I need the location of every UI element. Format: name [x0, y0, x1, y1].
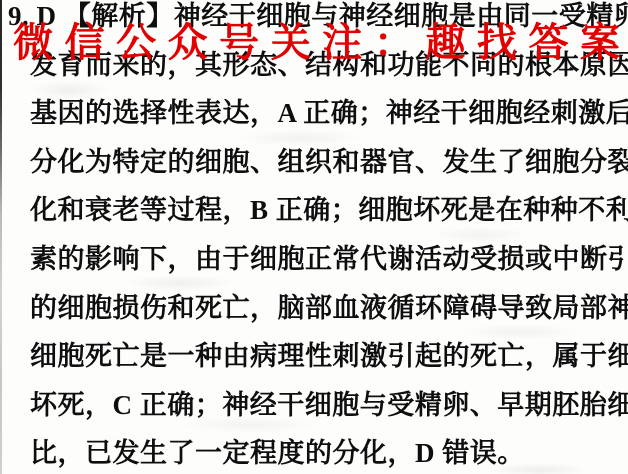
- explanation-line: 9. D 【解析】神经干细胞与神经细胞是由同一受精卵: [8, 0, 618, 41]
- explanation-line: 比，已发生了一定程度的分化，D 错误。: [30, 429, 618, 474]
- explanation-line: 的细胞损伤和死亡，脑部血液循环障碍导致局部神经: [30, 284, 618, 333]
- explanation-line: 基因的选择性表达，A 正确；神经干细胞经刺激后可: [30, 89, 618, 138]
- explanation-line: 坏死，C 正确；神经干细胞与受精卵、早期胚胎细胞相: [30, 381, 618, 430]
- page-edge-scan-line: [0, 0, 2, 474]
- explanation-line: 分化为特定的细胞、组织和器官、发生了细胞分裂、分: [30, 138, 618, 187]
- explanation-line: 发育而来的，其形态、结构和功能不同的根本原因是: [30, 41, 618, 90]
- explanation-line: 细胞死亡是一种由病理性刺激引起的死亡，属于细胞: [30, 332, 618, 381]
- explanation-paragraph: 9. D 【解析】神经干细胞与神经细胞是由同一受精卵 发育而来的，其形态、结构和…: [30, 0, 618, 474]
- explanation-line: 化和衰老等过程，B 正确；细胞坏死是在种种不利因: [30, 186, 618, 235]
- scanned-answer-page: 9. D 【解析】神经干细胞与神经细胞是由同一受精卵 发育而来的，其形态、结构和…: [0, 0, 628, 474]
- explanation-line: 素的影响下，由于细胞正常代谢活动受损或中断引起: [30, 235, 618, 284]
